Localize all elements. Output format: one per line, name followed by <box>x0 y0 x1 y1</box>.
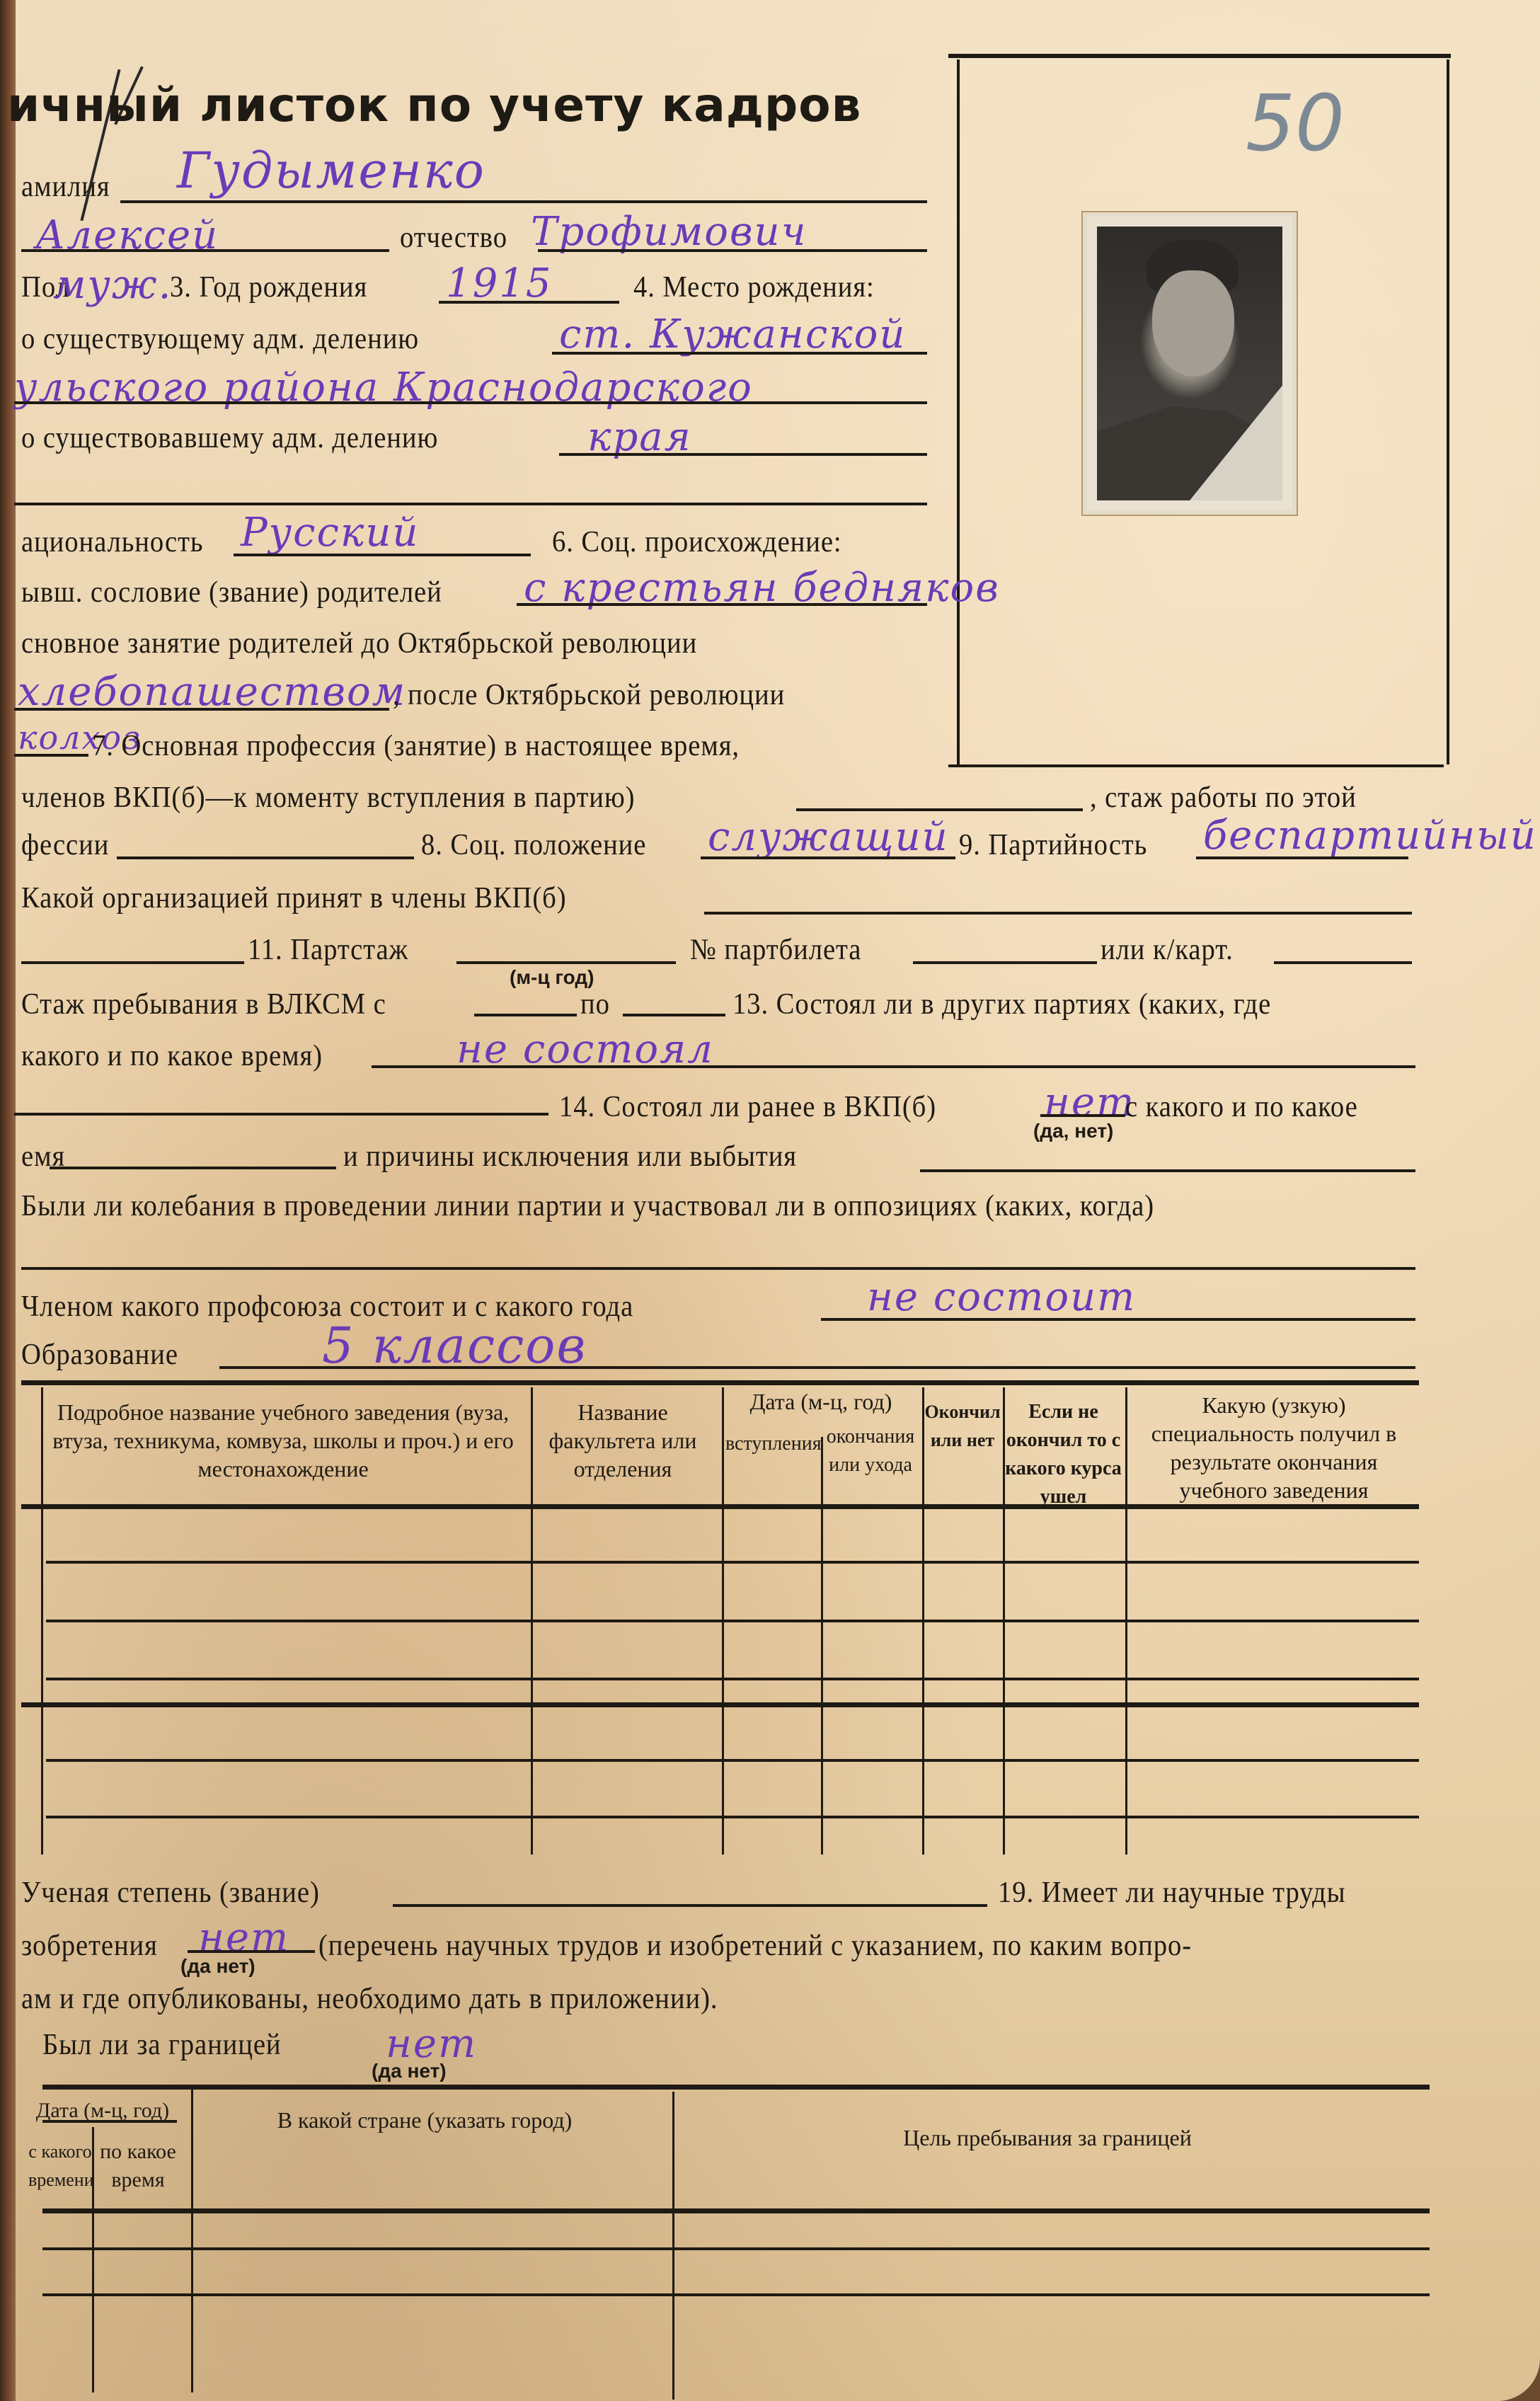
edu-row <box>46 1620 1419 1622</box>
abroad-table-top <box>42 2085 1430 2090</box>
edu-row <box>46 1561 1419 1564</box>
adm-former-label: о существовавшему адм. делению <box>21 421 438 455</box>
prev-vkp-sub: (да, нет) <box>1033 1120 1113 1142</box>
photo-frame-top <box>948 54 1451 58</box>
abroad-date-underline <box>42 2120 177 2123</box>
vkp-members-suffix: , стаж работы по этой <box>1090 781 1357 815</box>
soc-origin-label: 6. Соц. происхождение: <box>552 525 842 559</box>
works-label-2: зобретения <box>21 1929 158 1963</box>
exclusion-period-line <box>50 1167 336 1169</box>
edu-table-header-bottom <box>21 1504 1419 1509</box>
trade-union-value[interactable]: не состоит <box>867 1274 1136 1320</box>
other-parties-line-2 <box>14 1113 548 1116</box>
party-card-label: № партбилета <box>690 933 861 967</box>
degree-label: Ученая степень (звание) <box>21 1876 320 1910</box>
separator-line <box>14 503 927 505</box>
adm-current-line <box>552 352 927 355</box>
candidate-card-label: или к/карт. <box>1101 933 1234 967</box>
party-stage-sub: (м-ц год) <box>510 966 594 989</box>
vlksm-label: Стаж пребывания в ВЛКСМ с <box>21 987 386 1021</box>
vlksm-to-label: по <box>580 987 610 1021</box>
prev-vkp-label: 14. Состоял ли ранее в ВКП(б) <box>559 1090 936 1124</box>
birth-year-value[interactable]: 1915 <box>446 260 553 306</box>
edu-row <box>46 1759 1419 1762</box>
soc-position-value[interactable]: служащий <box>708 814 949 860</box>
other-parties-label-2: какого и по какое время) <box>21 1039 323 1073</box>
party-card-line <box>913 961 1097 964</box>
estate-label: ывш. сословие (звание) родителей <box>21 575 442 609</box>
opposition-line <box>21 1267 1415 1270</box>
edu-row <box>46 1678 1419 1680</box>
edu-col-finished: Окончил или нет <box>924 1398 1001 1455</box>
edu-col-faculty: Название факультета или отделения <box>538 1398 708 1483</box>
adm-current-label: о существующему адм. делению <box>21 322 419 356</box>
party-stage-label: 11. Партстаж <box>248 933 408 967</box>
edu-col-specialty: Какую (узкую) специальность получил в ре… <box>1129 1391 1419 1504</box>
abroad-col-from: с какого времени <box>28 2138 92 2194</box>
prev-vkp-line <box>1040 1114 1125 1117</box>
works-line <box>188 1950 315 1953</box>
accepted-by-line <box>704 912 1412 915</box>
book-spine <box>0 0 16 2401</box>
abroad-table-header-bottom <box>42 2208 1430 2213</box>
soc-position-line <box>701 856 955 859</box>
abroad-col-divider <box>191 2088 193 2393</box>
nationality-value[interactable]: Русский <box>241 510 419 556</box>
party-value[interactable]: беспартийный <box>1203 813 1537 859</box>
education-line <box>219 1366 1415 1369</box>
party-label: 9. Партийность <box>959 828 1147 862</box>
works-sub: (да нет) <box>180 1955 255 1978</box>
vkp-members-line <box>796 808 1083 811</box>
abroad-sub: (да нет) <box>372 2060 447 2082</box>
adm-current-value[interactable]: ст. Кужанской <box>559 311 906 357</box>
degree-line <box>393 1904 987 1907</box>
accepted-by-label: Какой организацией принят в члены ВКП(б) <box>21 881 567 915</box>
works-label: 19. Имеет ли научные труды <box>998 1876 1345 1910</box>
edu-col-date-end: окончания или ухода <box>821 1423 920 1479</box>
edu-col-date: Дата (м-ц, год) <box>725 1387 916 1416</box>
abroad-col-divider <box>92 2127 94 2393</box>
works-line3: ам и где опубликованы, необходимо дать в… <box>21 1982 718 2016</box>
patronymic-value[interactable]: Трофимович <box>531 209 807 255</box>
candidate-card-line <box>1274 961 1412 964</box>
exclusion-line <box>920 1169 1415 1172</box>
abroad-row <box>42 2293 1430 2296</box>
adm-former-line <box>559 453 927 456</box>
surname-value[interactable]: Гудыменко <box>177 142 485 200</box>
party-line <box>1196 856 1408 859</box>
edu-col-divider <box>41 1387 43 1855</box>
page-title: ичный листок по учету кадров <box>7 78 861 132</box>
accepted-by-line-2 <box>21 961 244 964</box>
abroad-col-purpose: Цель пребывания за границей <box>672 2124 1423 2152</box>
works-value[interactable]: нет <box>198 1915 289 1961</box>
soc-position-label: 8. Соц. положение <box>421 828 646 862</box>
parents-after-line <box>14 754 88 757</box>
exclusion-label: и причины исключения или выбытия <box>343 1140 797 1174</box>
parents-before-line <box>14 708 389 711</box>
vlksm-to-line <box>623 1014 725 1016</box>
abroad-col-country: В какой стране (указать город) <box>195 2106 655 2134</box>
abroad-col-to: по какое время <box>92 2138 184 2194</box>
prev-vkp-value[interactable]: нет <box>1044 1079 1135 1125</box>
other-parties-line <box>372 1065 1415 1068</box>
other-parties-label: 13. Состоял ли в других партиях (каких, … <box>732 987 1271 1021</box>
edu-col-course-left: Если не окончил то с какого курса ушел <box>1005 1398 1122 1511</box>
profession-line-label: фессии <box>21 828 109 862</box>
edu-col-divider <box>821 1437 823 1855</box>
abroad-col-divider <box>672 2092 674 2400</box>
name-line <box>21 249 389 252</box>
vkp-members-label: членов ВКП(б)—к моменту вступления в пар… <box>21 781 635 815</box>
trade-union-line <box>821 1318 1415 1321</box>
opposition-label: Были ли колебания в проведении линии пар… <box>21 1189 1154 1223</box>
edu-table-divider <box>21 1702 1419 1707</box>
edu-col-date-start: вступления <box>725 1430 817 1458</box>
sex-value[interactable]: муж. <box>53 262 172 308</box>
archive-number: 50 <box>1246 78 1345 168</box>
vlksm-from-line <box>474 1014 577 1016</box>
photo-frame-bottom <box>948 764 1444 767</box>
patronymic-line <box>538 249 927 252</box>
edu-row <box>46 1816 1419 1818</box>
profession-experience-line <box>117 856 414 859</box>
prev-vkp-suffix: с какого и по какое <box>1125 1090 1358 1124</box>
nationality-line <box>234 554 531 556</box>
birth-place-label: 4. Место рождения: <box>633 270 875 304</box>
education-label: Образование <box>21 1338 178 1372</box>
edu-col-institution: Подробное название учебного заведения (в… <box>39 1398 527 1483</box>
works-suffix: (перечень научных трудов и изобретений с… <box>318 1929 1192 1963</box>
edu-table-top <box>21 1380 1419 1385</box>
parents-before-label: сновное занятие родителей до Октябрьской… <box>21 626 697 660</box>
parents-after-label: , после Октябрьской революции <box>393 678 785 712</box>
patronymic-label: отчество <box>400 221 507 255</box>
surname-line <box>120 200 927 203</box>
birth-year-line <box>439 301 619 304</box>
party-stage-line <box>456 961 676 964</box>
birth-year-label: 3. Год рождения <box>170 270 367 304</box>
portrait-photo <box>1083 212 1297 515</box>
abroad-row <box>42 2247 1430 2250</box>
surname-label: амилия <box>21 170 110 204</box>
abroad-label: Был ли за границей <box>42 2028 282 2062</box>
nationality-label: ациональность <box>21 525 203 559</box>
profession-label: 7. Основная профессия (занятие) в настоя… <box>92 729 740 763</box>
adm-current-line-2 <box>14 401 927 404</box>
estate-line <box>517 603 927 606</box>
